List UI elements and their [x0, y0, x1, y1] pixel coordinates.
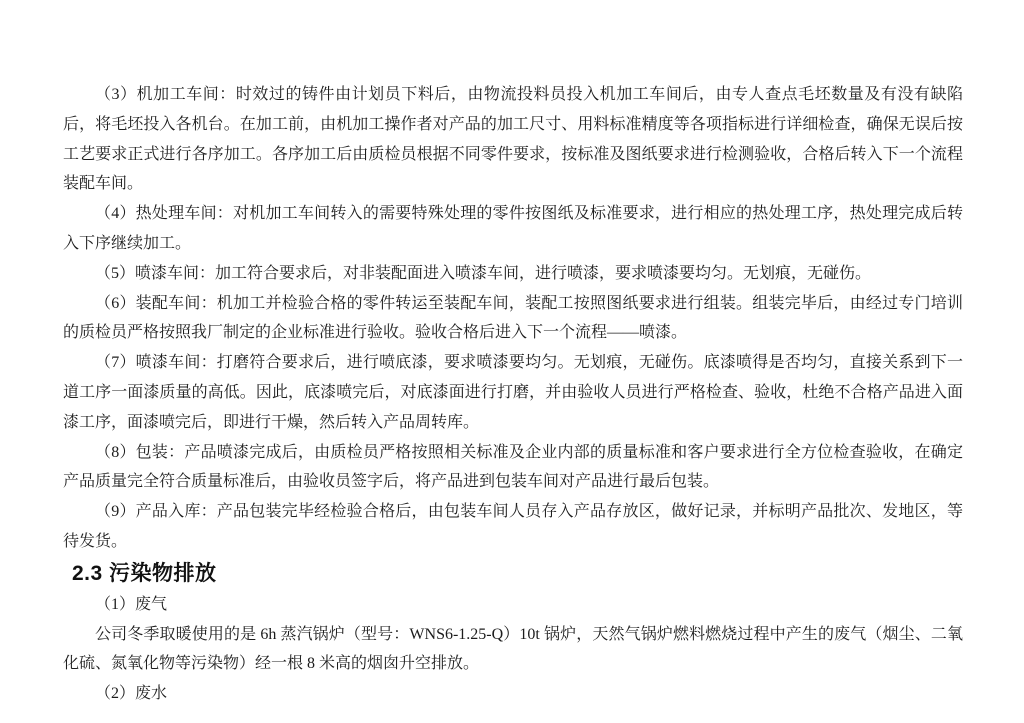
paragraph-boiler-emission: 公司冬季取暖使用的是 6h 蒸汽锅炉（型号：WNS6-1.25-Q）10t 锅炉… [63, 620, 963, 680]
paragraph-packaging: （8）包装：产品喷漆完成后，由质检员严格按照相关标准及企业内部的质量标准和客户要… [63, 438, 963, 498]
paragraph-workshop-machining: （3）机加工车间：时效过的铸件由计划员下料后，由物流投料员投入机加工车间后，由专… [63, 80, 963, 199]
paragraph-workshop-paint-spray: （5）喷漆车间：加工符合要求后，对非装配面进入喷漆车间，进行喷漆，要求喷漆要均匀… [63, 259, 963, 289]
paragraph-item-waste-water: （2）废水 [63, 679, 963, 709]
paragraph-product-storage: （9）产品入库：产品包装完毕经检验合格后，由包装车间人员存入产品存放区，做好记录… [63, 497, 963, 557]
document-page: （3）机加工车间：时效过的铸件由计划员下料后，由物流投料员投入机加工车间后，由专… [0, 0, 1024, 723]
section-heading-2-3-pollutant-emission: 2.3 污染物排放 [63, 558, 963, 590]
paragraph-workshop-paint-primer: （7）喷漆车间：打磨符合要求后，进行喷底漆，要求喷漆要均匀。无划痕，无碰伤。底漆… [63, 348, 963, 437]
paragraph-workshop-heat-treatment: （4）热处理车间：对机加工车间转入的需要特殊处理的零件按图纸及标准要求，进行相应… [63, 199, 963, 259]
paragraph-workshop-assembly: （6）装配车间：机加工并检验合格的零件转运至装配车间，装配工按照图纸要求进行组装… [63, 289, 963, 349]
paragraph-item-waste-gas: （1）废气 [63, 590, 963, 620]
